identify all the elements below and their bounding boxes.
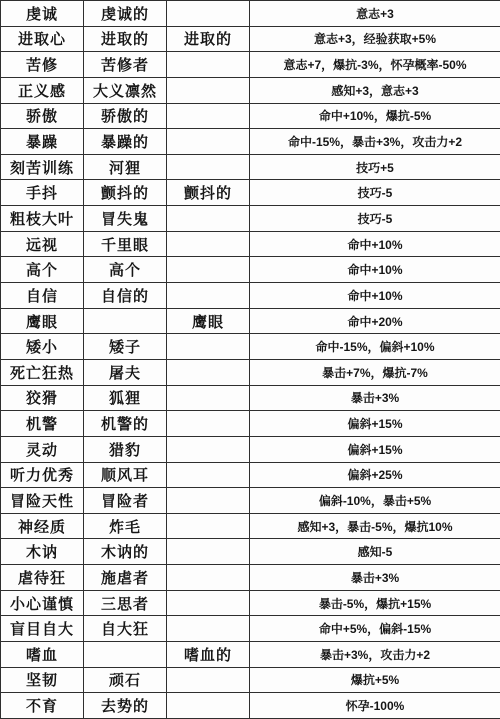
trait-effects-cell: 怀孕-100% — [250, 693, 500, 719]
table-row: 正义感大义凛然感知+3，意志+3 — [1, 77, 500, 103]
trait-variant-cell — [167, 154, 250, 180]
trait-name-cell: 木讷 — [1, 539, 84, 565]
table-row: 苦修苦修者意志+7，爆抗-3%，怀孕概率-50% — [1, 52, 500, 78]
trait-effects-cell: 意志+3 — [250, 1, 500, 27]
trait-effects-cell: 意志+3，经验获取+5% — [250, 26, 500, 52]
trait-nickname-cell: 炸毛 — [84, 513, 167, 539]
trait-nickname-cell: 木讷的 — [84, 539, 167, 565]
trait-nickname-cell: 高个 — [84, 257, 167, 283]
table-row: 远视千里眼命中+10% — [1, 231, 500, 257]
table-row: 手抖颤抖的颤抖的技巧-5 — [1, 180, 500, 206]
trait-variant-cell — [167, 283, 250, 309]
trait-effects-cell: 技巧+5 — [250, 154, 500, 180]
trait-effects-cell: 命中+20% — [250, 308, 500, 334]
trait-variant-cell — [167, 52, 250, 78]
trait-variant-cell — [167, 206, 250, 232]
trait-effects-cell: 爆抗+5% — [250, 667, 500, 693]
trait-variant-cell — [167, 488, 250, 514]
trait-variant-cell — [167, 411, 250, 437]
trait-variant-cell — [167, 385, 250, 411]
trait-effects-cell: 意志+7，爆抗-3%，怀孕概率-50% — [250, 52, 500, 78]
trait-effects-cell: 命中-15%，暴击+3%，攻击力+2 — [250, 129, 500, 155]
table-row: 狡猾狐狸暴击+3% — [1, 385, 500, 411]
trait-effects-cell: 偏斜+15% — [250, 411, 500, 437]
table-row: 嗜血嗜血的暴击+3%，攻击力+2 — [1, 642, 500, 668]
trait-nickname-cell: 猎豹 — [84, 436, 167, 462]
trait-nickname-cell: 暴躁的 — [84, 129, 167, 155]
trait-name-cell: 冒险天性 — [1, 488, 84, 514]
trait-name-cell: 远视 — [1, 231, 84, 257]
trait-name-cell: 自信 — [1, 283, 84, 309]
table-row: 暴躁暴躁的命中-15%，暴击+3%，攻击力+2 — [1, 129, 500, 155]
trait-variant-cell — [167, 436, 250, 462]
table-row: 听力优秀顺风耳偏斜+25% — [1, 462, 500, 488]
trait-name-cell: 高个 — [1, 257, 84, 283]
trait-effects-cell: 偏斜+15% — [250, 436, 500, 462]
trait-effects-cell: 偏斜+25% — [250, 462, 500, 488]
trait-effects-cell: 技巧-5 — [250, 206, 500, 232]
trait-effects-cell: 感知+3，暴击-5%，爆抗10% — [250, 513, 500, 539]
trait-name-cell: 粗枝大叶 — [1, 206, 84, 232]
trait-nickname-cell — [84, 308, 167, 334]
trait-variant-cell — [167, 129, 250, 155]
trait-name-cell: 手抖 — [1, 180, 84, 206]
trait-nickname-cell: 冒失鬼 — [84, 206, 167, 232]
table-row: 虐待狂施虐者暴击+3% — [1, 565, 500, 591]
trait-name-cell: 矮小 — [1, 334, 84, 360]
trait-variant-cell — [167, 539, 250, 565]
trait-effects-cell: 命中+10%，爆抗-5% — [250, 103, 500, 129]
trait-effects-cell: 感知+3，意志+3 — [250, 77, 500, 103]
trait-variant-cell — [167, 1, 250, 27]
trait-name-cell: 虔诚 — [1, 1, 84, 27]
trait-variant-cell — [167, 616, 250, 642]
trait-name-cell: 神经质 — [1, 513, 84, 539]
trait-variant-cell: 颤抖的 — [167, 180, 250, 206]
trait-name-cell: 死亡狂热 — [1, 359, 84, 385]
table-row: 盲目自大自大狂命中+5%，偏斜-15% — [1, 616, 500, 642]
table-row: 进取心进取的进取的意志+3，经验获取+5% — [1, 26, 500, 52]
table-row: 虔诚虔诚的意志+3 — [1, 1, 500, 27]
table-row: 骄傲骄傲的命中+10%，爆抗-5% — [1, 103, 500, 129]
trait-variant-cell — [167, 231, 250, 257]
trait-effects-cell: 命中-15%，偏斜+10% — [250, 334, 500, 360]
trait-variant-cell — [167, 565, 250, 591]
trait-name-cell: 进取心 — [1, 26, 84, 52]
trait-variant-cell — [167, 103, 250, 129]
trait-nickname-cell: 颤抖的 — [84, 180, 167, 206]
trait-name-cell: 暴躁 — [1, 129, 84, 155]
trait-nickname-cell: 骄傲的 — [84, 103, 167, 129]
table-row: 灵动猎豹偏斜+15% — [1, 436, 500, 462]
trait-effects-cell: 技巧-5 — [250, 180, 500, 206]
trait-variant-cell: 嗜血的 — [167, 642, 250, 668]
trait-effects-cell: 暴击+3% — [250, 385, 500, 411]
trait-name-cell: 骄傲 — [1, 103, 84, 129]
trait-name-cell: 机警 — [1, 411, 84, 437]
trait-nickname-cell: 河狸 — [84, 154, 167, 180]
table-row: 死亡狂热屠夫暴击+7%，爆抗-7% — [1, 359, 500, 385]
trait-variant-cell — [167, 257, 250, 283]
trait-nickname-cell: 苦修者 — [84, 52, 167, 78]
trait-nickname-cell: 虔诚的 — [84, 1, 167, 27]
trait-table-body: 虔诚虔诚的意志+3进取心进取的进取的意志+3，经验获取+5%苦修苦修者意志+7，… — [1, 1, 500, 719]
trait-name-cell: 不育 — [1, 693, 84, 719]
trait-variant-cell — [167, 334, 250, 360]
trait-nickname-cell: 机警的 — [84, 411, 167, 437]
table-row: 自信自信的命中+10% — [1, 283, 500, 309]
trait-variant-cell — [167, 513, 250, 539]
trait-name-cell: 苦修 — [1, 52, 84, 78]
trait-effects-cell: 感知-5 — [250, 539, 500, 565]
trait-nickname-cell: 去势的 — [84, 693, 167, 719]
trait-variant-cell — [167, 462, 250, 488]
trait-effects-cell: 命中+5%，偏斜-15% — [250, 616, 500, 642]
trait-nickname-cell: 顺风耳 — [84, 462, 167, 488]
table-row: 不育去势的怀孕-100% — [1, 693, 500, 719]
trait-variant-cell — [167, 667, 250, 693]
table-row: 坚韧顽石爆抗+5% — [1, 667, 500, 693]
trait-nickname-cell: 狐狸 — [84, 385, 167, 411]
trait-nickname-cell: 进取的 — [84, 26, 167, 52]
trait-name-cell: 坚韧 — [1, 667, 84, 693]
trait-nickname-cell: 自大狂 — [84, 616, 167, 642]
trait-effects-cell: 暴击+3%，攻击力+2 — [250, 642, 500, 668]
trait-effects-cell: 暴击+7%，爆抗-7% — [250, 359, 500, 385]
trait-nickname-cell: 屠夫 — [84, 359, 167, 385]
table-row: 木讷木讷的感知-5 — [1, 539, 500, 565]
trait-name-cell: 盲目自大 — [1, 616, 84, 642]
trait-name-cell: 虐待狂 — [1, 565, 84, 591]
trait-name-cell: 嗜血 — [1, 642, 84, 668]
trait-effects-cell: 偏斜-10%，暴击+5% — [250, 488, 500, 514]
trait-effects-cell: 命中+10% — [250, 231, 500, 257]
trait-effects-cell: 暴击+3% — [250, 565, 500, 591]
trait-nickname-cell: 矮子 — [84, 334, 167, 360]
trait-variant-cell: 鹰眼 — [167, 308, 250, 334]
trait-name-cell: 正义感 — [1, 77, 84, 103]
trait-nickname-cell: 三思者 — [84, 590, 167, 616]
table-row: 矮小矮子命中-15%，偏斜+10% — [1, 334, 500, 360]
trait-nickname-cell: 自信的 — [84, 283, 167, 309]
trait-name-cell: 狡猾 — [1, 385, 84, 411]
table-row: 冒险天性冒险者偏斜-10%，暴击+5% — [1, 488, 500, 514]
trait-variant-cell: 进取的 — [167, 26, 250, 52]
trait-variant-cell — [167, 359, 250, 385]
trait-name-cell: 灵动 — [1, 436, 84, 462]
trait-name-cell: 鹰眼 — [1, 308, 84, 334]
trait-effects-cell: 命中+10% — [250, 283, 500, 309]
trait-nickname-cell: 大义凛然 — [84, 77, 167, 103]
trait-nickname-cell: 冒险者 — [84, 488, 167, 514]
trait-effects-cell: 暴击-5%，爆抗+15% — [250, 590, 500, 616]
trait-variant-cell — [167, 77, 250, 103]
table-row: 神经质炸毛感知+3，暴击-5%，爆抗10% — [1, 513, 500, 539]
trait-nickname-cell — [84, 642, 167, 668]
trait-name-cell: 刻苦训练 — [1, 154, 84, 180]
trait-variant-cell — [167, 590, 250, 616]
table-row: 鹰眼鹰眼命中+20% — [1, 308, 500, 334]
table-row: 刻苦训练河狸技巧+5 — [1, 154, 500, 180]
trait-nickname-cell: 千里眼 — [84, 231, 167, 257]
table-row: 粗枝大叶冒失鬼技巧-5 — [1, 206, 500, 232]
trait-table: 虔诚虔诚的意志+3进取心进取的进取的意志+3，经验获取+5%苦修苦修者意志+7，… — [0, 0, 500, 719]
table-row: 机警机警的偏斜+15% — [1, 411, 500, 437]
trait-variant-cell — [167, 693, 250, 719]
table-row: 高个高个命中+10% — [1, 257, 500, 283]
trait-nickname-cell: 顽石 — [84, 667, 167, 693]
trait-effects-cell: 命中+10% — [250, 257, 500, 283]
trait-nickname-cell: 施虐者 — [84, 565, 167, 591]
trait-name-cell: 听力优秀 — [1, 462, 84, 488]
trait-name-cell: 小心谨慎 — [1, 590, 84, 616]
table-row: 小心谨慎三思者暴击-5%，爆抗+15% — [1, 590, 500, 616]
